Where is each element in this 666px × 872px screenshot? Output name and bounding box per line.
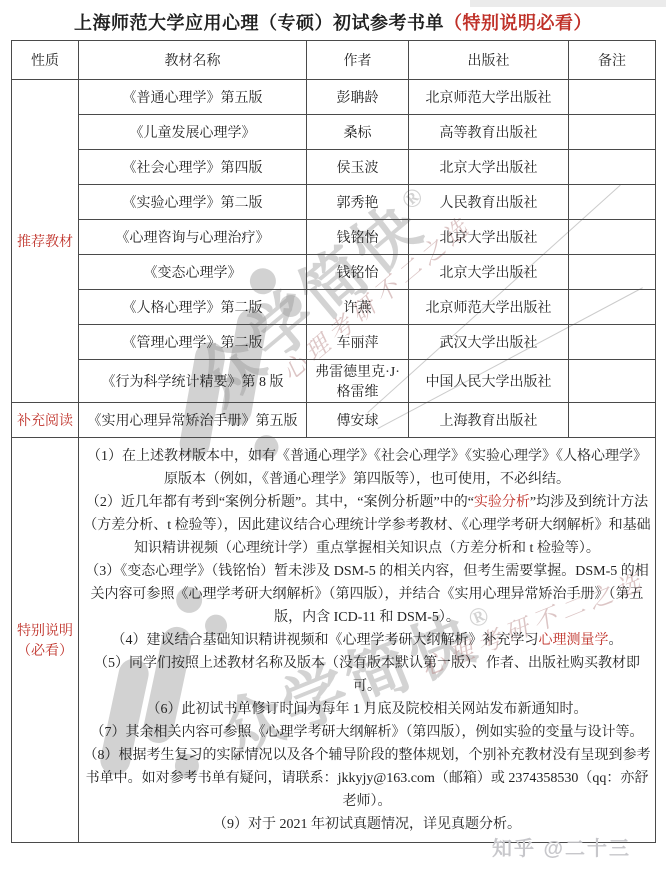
- cell-author: 侯玉波: [307, 150, 409, 185]
- category-label-special: 特别说明 （必看）: [12, 438, 79, 843]
- page-title-highlight: （特别说明必看）: [444, 13, 592, 33]
- note-item: （3）《变态心理学》（钱铭怡）暂未涉及 DSM-5 的相关内容，但考生需要掌握。…: [82, 560, 652, 629]
- category-label: 补充阅读: [12, 403, 79, 438]
- table-row: 《变态心理学》钱铭怡北京大学出版社: [12, 255, 656, 290]
- cell-publisher: 中国人民大学出版社: [409, 360, 569, 403]
- cell-name: 《实验心理学》第二版: [79, 185, 307, 220]
- cell-name: 《实用心理异常矫治手册》第五版: [79, 403, 307, 438]
- note-text: （2）近几年都有考到“案例分析题”。其中，“案例分析题”中的“: [86, 495, 474, 510]
- cell-name: 《管理心理学》第二版: [79, 325, 307, 360]
- cell-name: 《心理咨询与心理治疗》: [79, 220, 307, 255]
- note-item: （4）建议结合基础知识精讲视频和《心理学考研大纲解析》补充学习心理测量学。: [82, 629, 652, 652]
- table-row: 推荐教材《普通心理学》第五版彭聃龄北京师范大学出版社: [12, 80, 656, 115]
- column-header-nature: 性质: [12, 41, 79, 80]
- table-row: 《人格心理学》第二版许燕北京师范大学出版社: [12, 290, 656, 325]
- cell-author: 钱铭怡: [307, 220, 409, 255]
- page-title: 上海师范大学应用心理（专硕）初试参考书单（特别说明必看）: [0, 9, 666, 35]
- column-header-book: 教材名称: [79, 41, 307, 80]
- column-header-author: 作者: [307, 41, 409, 80]
- column-header-publisher: 出版社: [409, 41, 569, 80]
- table-row: 《行为科学统计精要》第 8 版弗雷德里克·J·格雷维中国人民大学出版社: [12, 360, 656, 403]
- document-page: 众学简快® 心理考研不二之选 众学简快® 心理考研不二之选 上海师范大学应用心理…: [0, 0, 666, 872]
- cell-name: 《普通心理学》第五版: [79, 80, 307, 115]
- cell-note: [569, 290, 656, 325]
- note-item: （7）其余相关内容可参照《心理学考研大纲解析》（第四版），例如实验的变量与设计等…: [82, 721, 652, 744]
- watermark-credit: 知乎 @二十三: [492, 832, 631, 861]
- cell-author: 彭聃龄: [307, 80, 409, 115]
- cell-note: [569, 115, 656, 150]
- cell-author: 傅安球: [307, 403, 409, 438]
- note-item: （5）同学们按照上述教材名称及版本（没有版本默认第一版）、作者、出版社购买教材即…: [82, 652, 652, 698]
- special-notes-row: 特别说明 （必看） （1）在上述教材版本中，如有《普通心理学》《社会心理学》《实…: [12, 438, 656, 843]
- cell-name: 《行为科学统计精要》第 8 版: [79, 360, 307, 403]
- scan-artifact-strip: [470, 0, 666, 7]
- cell-publisher: 北京师范大学出版社: [409, 80, 569, 115]
- special-label-line2: （必看）: [15, 640, 75, 660]
- cell-publisher: 北京大学出版社: [409, 255, 569, 290]
- note-item: （2）近几年都有考到“案例分析题”。其中，“案例分析题”中的“实验分析”均涉及到…: [82, 491, 652, 560]
- table-row: 《管理心理学》第二版车丽萍武汉大学出版社: [12, 325, 656, 360]
- cell-note: [569, 80, 656, 115]
- special-label-line1: 特别说明: [15, 620, 75, 640]
- cell-name: 《人格心理学》第二版: [79, 290, 307, 325]
- category-label: 推荐教材: [12, 80, 79, 403]
- note-item: （6）此初试书单修订时间为每年 1 月底及院校相关网站发布新通知时。: [82, 698, 652, 721]
- cell-name: 《儿童发展心理学》: [79, 115, 307, 150]
- note-highlight: 实验分析: [474, 495, 530, 510]
- table-row: 《心理咨询与心理治疗》钱铭怡北京大学出版社: [12, 220, 656, 255]
- note-text: （6）此初试书单修订时间为每年 1 月底及院校相关网站发布新通知时。: [147, 702, 588, 717]
- cell-author: 郭秀艳: [307, 185, 409, 220]
- table-row: 补充阅读《实用心理异常矫治手册》第五版傅安球上海教育出版社: [12, 403, 656, 438]
- cell-author: 桑标: [307, 115, 409, 150]
- cell-publisher: 北京师范大学出版社: [409, 290, 569, 325]
- note-text: （4）建议结合基础知识精讲视频和《心理学考研大纲解析》补充学习: [112, 633, 539, 648]
- note-highlight: 心理测量学: [539, 633, 609, 648]
- cell-note: [569, 255, 656, 290]
- reference-book-table: 性质 教材名称 作者 出版社 备注 推荐教材《普通心理学》第五版彭聃龄北京师范大…: [11, 40, 656, 843]
- cell-author: 许燕: [307, 290, 409, 325]
- cell-note: [569, 360, 656, 403]
- note-item: （1）在上述教材版本中，如有《普通心理学》《社会心理学》《实验心理学》《人格心理…: [82, 445, 652, 491]
- header-row: 性质 教材名称 作者 出版社 备注: [12, 41, 656, 80]
- table-row: 《社会心理学》第四版侯玉波北京大学出版社: [12, 150, 656, 185]
- special-notes-content: （1）在上述教材版本中，如有《普通心理学》《社会心理学》《实验心理学》《人格心理…: [79, 438, 656, 843]
- cell-author: 钱铭怡: [307, 255, 409, 290]
- cell-publisher: 武汉大学出版社: [409, 325, 569, 360]
- table-row: 《儿童发展心理学》桑标高等教育出版社: [12, 115, 656, 150]
- note-text: （8）根据考生复习的实际情况以及各个辅导阶段的整体规划，个别补充教材没有呈现到参…: [84, 748, 651, 809]
- cell-publisher: 上海教育出版社: [409, 403, 569, 438]
- column-header-note: 备注: [569, 41, 656, 80]
- note-text: （3）《变态心理学》（钱铭怡）暂未涉及 DSM-5 的相关内容，但考生需要掌握。…: [85, 564, 649, 625]
- cell-publisher: 北京大学出版社: [409, 150, 569, 185]
- cell-publisher: 北京大学出版社: [409, 220, 569, 255]
- cell-name: 《社会心理学》第四版: [79, 150, 307, 185]
- cell-publisher: 人民教育出版社: [409, 185, 569, 220]
- note-text: （9）对于 2021 年初试真题情况，详见真题分析。: [213, 817, 521, 832]
- cell-author: 车丽萍: [307, 325, 409, 360]
- cell-note: [569, 220, 656, 255]
- cell-note: [569, 150, 656, 185]
- note-text: （1）在上述教材版本中，如有《普通心理学》《社会心理学》《实验心理学》《人格心理…: [87, 449, 647, 487]
- table-row: 《实验心理学》第二版郭秀艳人民教育出版社: [12, 185, 656, 220]
- cell-note: [569, 325, 656, 360]
- note-text: （7）其余相关内容可参照《心理学考研大纲解析》（第四版），例如实验的变量与设计等…: [91, 725, 644, 740]
- note-item: （8）根据考生复习的实际情况以及各个辅导阶段的整体规划，个别补充教材没有呈现到参…: [82, 744, 652, 813]
- note-text: （5）同学们按照上述教材名称及版本（没有版本默认第一版）、作者、出版社购买教材即…: [94, 656, 640, 694]
- note-text: 。: [609, 633, 623, 648]
- cell-name: 《变态心理学》: [79, 255, 307, 290]
- cell-author: 弗雷德里克·J·格雷维: [307, 360, 409, 403]
- cell-publisher: 高等教育出版社: [409, 115, 569, 150]
- cell-note: [569, 403, 656, 438]
- page-title-main: 上海师范大学应用心理（专硕）初试参考书单: [74, 13, 444, 33]
- cell-note: [569, 185, 656, 220]
